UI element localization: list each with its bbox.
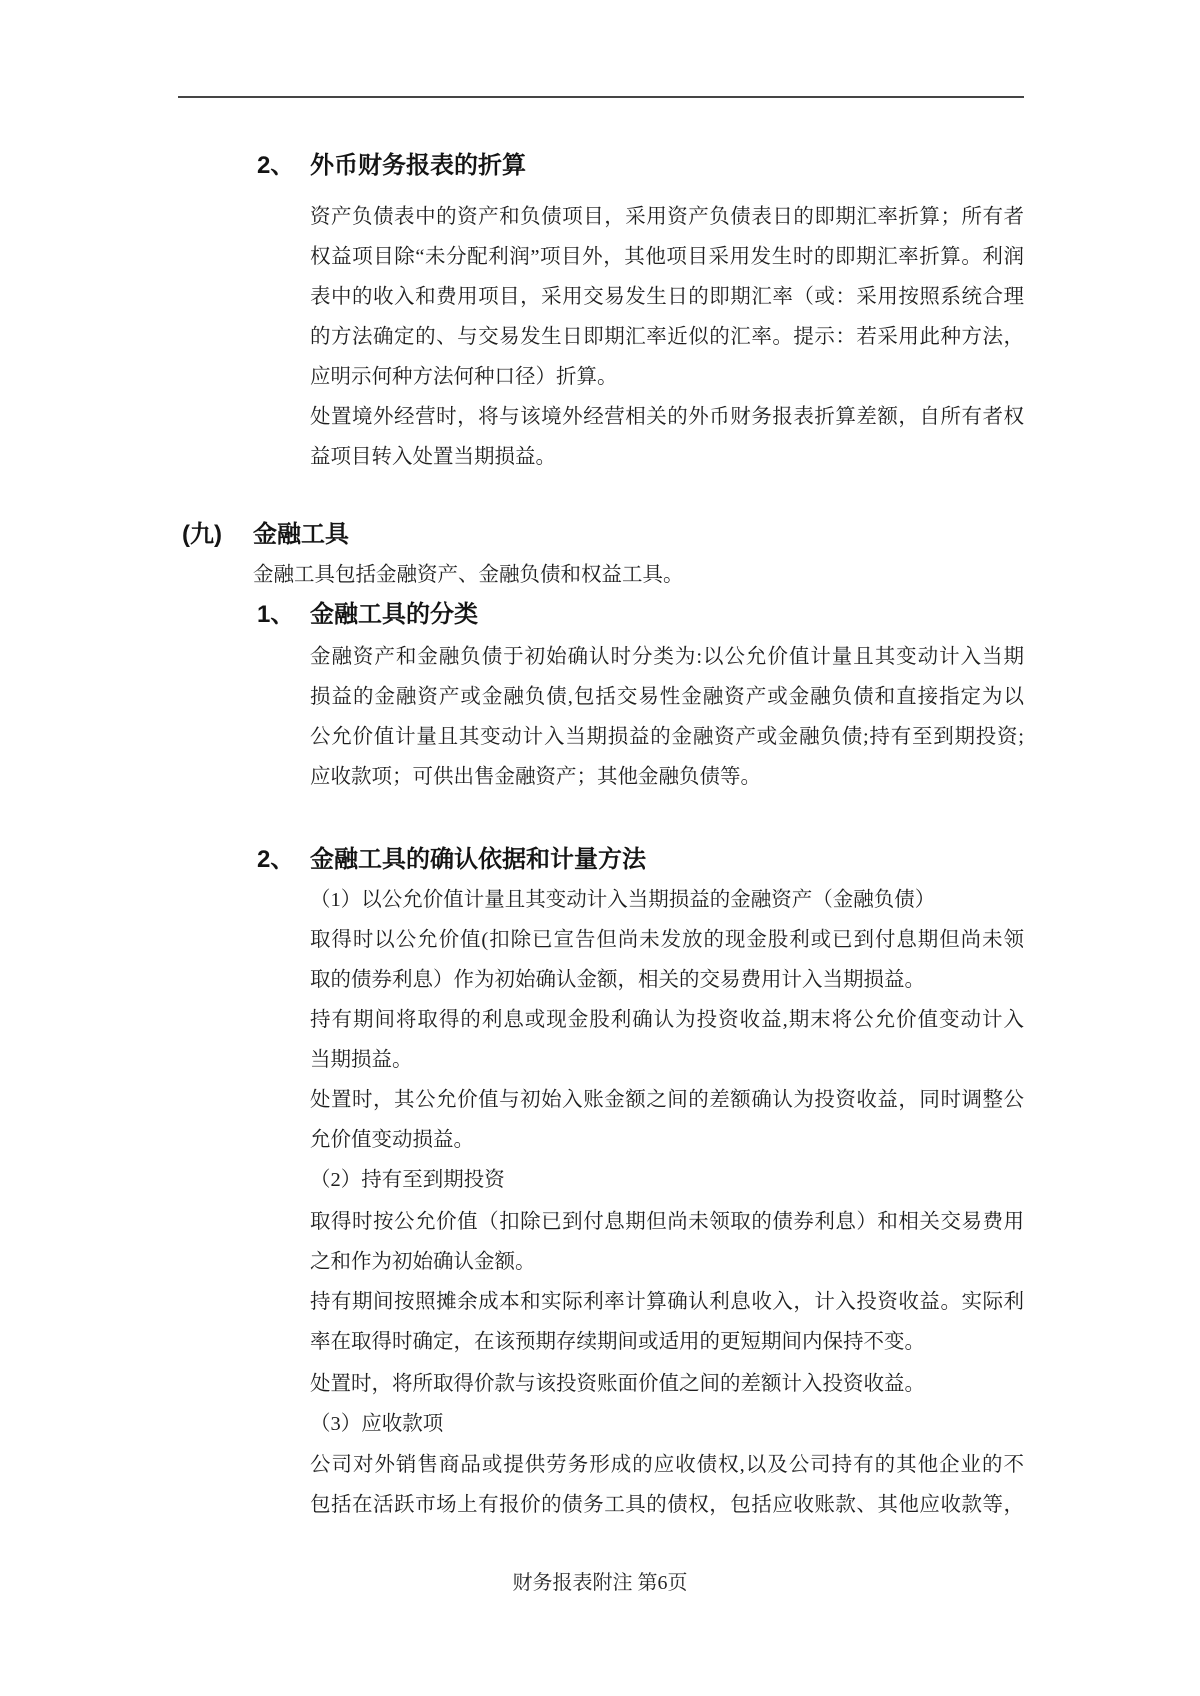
paragraph-item1-initial: 取得时以公允价值(扣除已宣告但尚未发放的现金股利或已到付息期但尚未领 取的债券利… <box>310 920 1024 1000</box>
text-line: 金融资产和金融负债于初始确认时分类为:以公允价值计量且其变动计入当期 <box>310 637 1024 677</box>
header-rule <box>178 96 1024 98</box>
heading-number: (九) <box>182 515 253 555</box>
fin-intro-line: 金融工具包括金融资产、金融负债和权益工具。 <box>253 555 684 595</box>
text-line: 处置时，其公允价值与初始入账金额之间的差额确认为投资收益，同时调整公 <box>310 1080 1024 1120</box>
paragraph-fx-2: 处置境外经营时，将与该境外经营相关的外币财务报表折算差额，自所有者权 益项目转入… <box>310 397 1024 477</box>
paragraph-item1-holding: 持有期间将取得的利息或现金股利确认为投资收益,期末将公允价值变动计入 当期损益。 <box>310 1000 1024 1080</box>
paragraph-fx-1: 资产负债表中的资产和负债项目，采用资产负债表日的即期汇率折算；所有者 权益项目除… <box>310 197 1024 397</box>
heading-number: 2、 <box>257 146 310 186</box>
paragraph-item1-disposal: 处置时，其公允价值与初始入账金额之间的差额确认为投资收益，同时调整公 允价值变动… <box>310 1080 1024 1160</box>
text-line: 表中的收入和费用项目，采用交易发生日的即期汇率（或：采用按照系统合理 <box>310 277 1024 317</box>
heading-label: 金融工具的分类 <box>310 601 478 628</box>
paragraph-classification: 金融资产和金融负债于初始确认时分类为:以公允价值计量且其变动计入当期 损益的金融… <box>310 637 1024 797</box>
text-line: 的方法确定的、与交易发生日即期汇率近似的汇率。提示：若采用此种方法， <box>310 317 1024 357</box>
text-line: 公允价值计量且其变动计入当期损益的金融资产或金融负债;持有至到期投资; <box>310 717 1024 757</box>
text-line: 公司对外销售商品或提供劳务形成的应收债权,以及公司持有的其他企业的不 <box>310 1445 1024 1485</box>
heading-financial-instruments: (九)金融工具 <box>182 515 349 555</box>
heading-fin-classification: 1、金融工具的分类 <box>257 595 478 635</box>
text-line: 持有期间按照摊余成本和实际利率计算确认利息收入，计入投资收益。实际利 <box>310 1282 1024 1322</box>
text-line: （2）持有至到期投资 <box>310 1160 1024 1200</box>
text-line: 取的债券利息）作为初始确认金额，相关的交易费用计入当期损益。 <box>310 960 1024 1000</box>
heading-label: 金融工具 <box>253 521 349 548</box>
heading-fin-measurement: 2、金融工具的确认依据和计量方法 <box>257 840 646 880</box>
paragraph-item2-holding: 持有期间按照摊余成本和实际利率计算确认利息收入，计入投资收益。实际利 率在取得时… <box>310 1282 1024 1362</box>
text-line: 包括在活跃市场上有报价的债务工具的债权，包括应收账款、其他应收款等， <box>310 1485 1024 1525</box>
text-line: 益项目转入处置当期损益。 <box>310 437 1024 477</box>
text-line: 当期损益。 <box>310 1040 1024 1080</box>
heading-number: 2、 <box>257 840 310 880</box>
document-page: 2、外币财务报表的折算 资产负债表中的资产和负债项目，采用资产负债表日的即期汇率… <box>0 0 1200 1696</box>
heading-label: 外币财务报表的折算 <box>310 152 526 179</box>
text-line: 之和作为初始确认金额。 <box>310 1242 1024 1282</box>
text-line: 允价值变动损益。 <box>310 1120 1024 1160</box>
paragraph-item2-title: （2）持有至到期投资 <box>310 1160 1024 1200</box>
heading-number: 1、 <box>257 595 310 635</box>
paragraph-item2-initial: 取得时按公允价值（扣除已到付息期但尚未领取的债券利息）和相关交易费用 之和作为初… <box>310 1202 1024 1282</box>
text-line: 率在取得时确定，在该预期存续期间或适用的更短期间内保持不变。 <box>310 1322 1024 1362</box>
page-footer: 财务报表附注 第6页 <box>0 1570 1200 1596</box>
text-line: 应收款项；可供出售金融资产；其他金融负债等。 <box>310 757 1024 797</box>
paragraph-item3-body: 公司对外销售商品或提供劳务形成的应收债权,以及公司持有的其他企业的不 包括在活跃… <box>310 1445 1024 1525</box>
text-line: 应明示何种方法何种口径）折算。 <box>310 357 1024 397</box>
text-line: 取得时按公允价值（扣除已到付息期但尚未领取的债券利息）和相关交易费用 <box>310 1202 1024 1242</box>
text-line: 处置时，将所取得价款与该投资账面价值之间的差额计入投资收益。 <box>310 1364 1024 1404</box>
paragraph-item3-title: （3）应收款项 <box>310 1404 1024 1444</box>
heading-label: 金融工具的确认依据和计量方法 <box>310 846 646 873</box>
text-line: 资产负债表中的资产和负债项目，采用资产负债表日的即期汇率折算；所有者 <box>310 197 1024 237</box>
heading-fx-translation: 2、外币财务报表的折算 <box>257 146 526 186</box>
paragraph-item2-disposal: 处置时，将所取得价款与该投资账面价值之间的差额计入投资收益。 <box>310 1364 1024 1404</box>
text-line: 处置境外经营时，将与该境外经营相关的外币财务报表折算差额，自所有者权 <box>310 397 1024 437</box>
text-line: （3）应收款项 <box>310 1404 1024 1444</box>
text-line: 损益的金融资产或金融负债,包括交易性金融资产或金融负债和直接指定为以 <box>310 677 1024 717</box>
paragraph-item1-title: （1）以公允价值计量且其变动计入当期损益的金融资产（金融负债） <box>310 880 1024 920</box>
text-line: 持有期间将取得的利息或现金股利确认为投资收益,期末将公允价值变动计入 <box>310 1000 1024 1040</box>
text-line: 取得时以公允价值(扣除已宣告但尚未发放的现金股利或已到付息期但尚未领 <box>310 920 1024 960</box>
text-line: （1）以公允价值计量且其变动计入当期损益的金融资产（金融负债） <box>310 880 1024 920</box>
text-line: 权益项目除“未分配利润”项目外，其他项目采用发生时的即期汇率折算。利润 <box>310 237 1024 277</box>
